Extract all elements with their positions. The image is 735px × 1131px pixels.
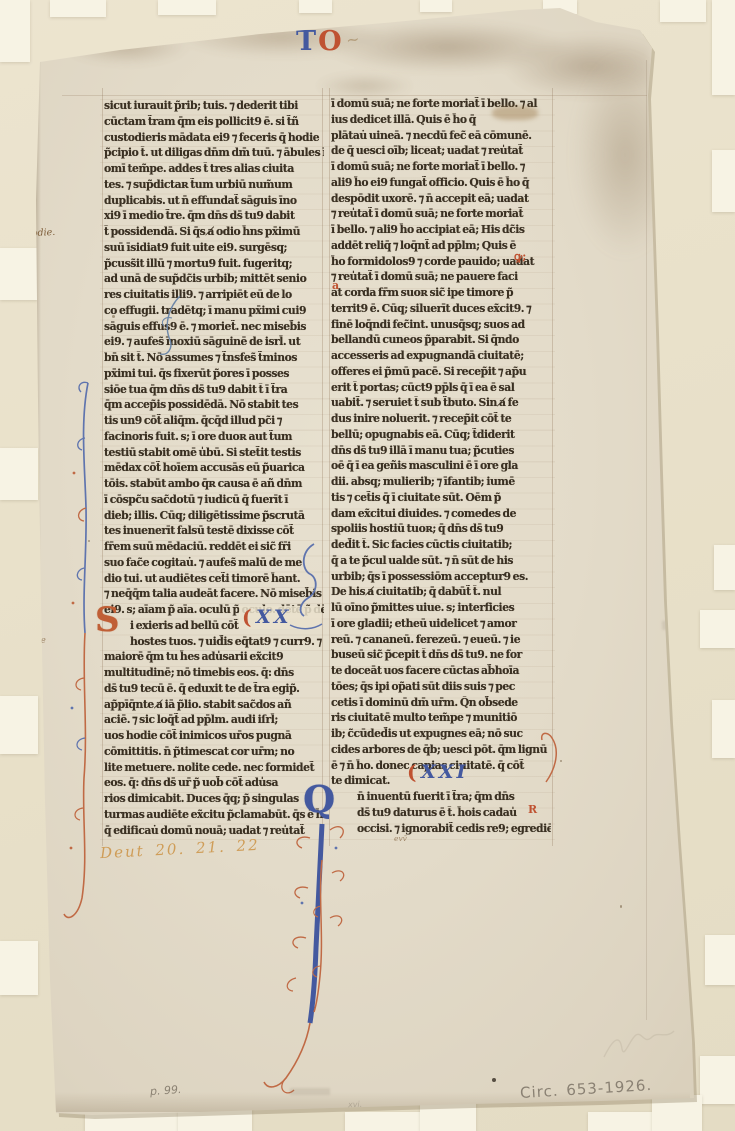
manuscript-text-line: dn̄s ds̄ tu9 illā ī manu tua; p̃cuties (331, 444, 551, 460)
manuscript-text-line: sāguis effus9 ē. ⁊ moriet̃. nec miseb̃is (104, 320, 324, 336)
running-title: TO (296, 26, 344, 57)
manuscript-text-line: q̄ a te p̃cul ualde sūt. ⁊ n̄ sūt de his (331, 554, 551, 570)
manuscript-text-line: custodieris mādata ei9 ⁊ feceris q̄ hodi… (104, 131, 324, 147)
chapter-number-xx: XX (256, 606, 291, 628)
margin-note-1: cū vodie. (12, 227, 56, 240)
manuscript-text-line: px̄imi tui. q̄s fixerūt p̃ores ī posses (104, 367, 324, 383)
manuscript-text-line: ī domū suā; ne forte moriat̃ ī bello. ⁊ (331, 160, 551, 176)
manuscript-text-line: spoliis hostiū tuoʀ; q̄ dn̄s ds̄ tu9 (331, 522, 551, 538)
offset-ghost-text (668, 433, 714, 444)
manuscript-text-line: aciē. ⁊ sic loq̄t̃ ad pp̄lm. audi iſrl̄; (104, 713, 324, 729)
margin-mark-1: sł. (0, 354, 9, 363)
xxi-side-red-curl (540, 726, 566, 786)
manuscript-text-line: at corda fr̄m suoʀ sic̃ ipe timore p̃ (331, 286, 551, 302)
mount-strip (158, 0, 216, 15)
faint-pencil-mark (290, 1088, 330, 1095)
manuscript-text-line: suo fac̃e cogitau̇. ⁊ aufes̃ malū de me (104, 556, 324, 572)
text-column-2: ī domū suā; ne forte moriat̃ ī bello. ⁊ … (331, 97, 551, 837)
mount-strip (0, 248, 38, 300)
manuscript-text-line: bellū; opugnabis eā. Cūq; t̃diderit (331, 428, 551, 444)
manuscript-text-line: occisi. ⁊ ignorabit̃ cedis re9; egrediēt… (331, 822, 551, 838)
manuscript-text-line: erit t̄ portas; cūct9 pp̄ls q̄ ī ea ē sa… (331, 381, 551, 397)
running-title-letter-t: T (296, 26, 318, 57)
manuscript-text-line: uos hodie cōt̃ inimicos ur̄os pugnā (104, 729, 324, 745)
ruling-vertical (329, 88, 330, 846)
manuscript-text-line: plātau̇ uineā. ⁊ necdū fec̃ eā cōmunē. (331, 129, 551, 145)
manuscript-text-line: te doceāt uos facere cūctas ab̃hoīa (331, 664, 551, 680)
intercolumn-red-flourish (308, 856, 338, 1016)
manuscript-text-line: ris ciuitatē multo tem̃pe ⁊ munitiō (331, 711, 551, 727)
manuscript-text-line: uabit̃. ⁊ seruiet t̄ sub t̃buto. Sin a̸ … (331, 396, 551, 412)
page-number-pencil: p. 99. (150, 1083, 182, 1098)
margin-mark-2: rog̃. (8, 410, 24, 419)
manuscript-text-line: lite metuere. nolite cede. nec formidet̃ (104, 761, 324, 777)
ink-speck (620, 905, 622, 908)
paraph-mark-xxi: ( (407, 760, 416, 784)
manuscript-text-line: facinoris fuit. s; ī ore duoʀ aut t̃um (104, 430, 324, 446)
manuscript-text-line: sicut iurauit p̃rib; tuis. ⁊ dederit tib… (104, 99, 324, 115)
manuscript-text-line: tis un9 cōt̃ aliq̄m. q̄cq̄d illud pc̃i ⁊ (104, 414, 324, 430)
manuscript-text-line: accesseris ad expugnandā ciuitatē; (331, 349, 551, 365)
manuscript-text-line: ei9. ⁊ aufes̃ īnoxiū sāguinē de isrl̄. u… (104, 335, 324, 351)
manuscript-text-line: ī ore gladii; etheū uidelicet ⁊ amor (331, 617, 551, 633)
mount-strip (712, 150, 735, 212)
manuscript-text-line: ⁊ reu̍tat̃ ī domū suā; ne pauere faci (331, 270, 551, 286)
mount-strip (712, 0, 735, 95)
manuscript-text-line: xi9 ī medio t̃re. q̄m dn̄s ds̄ tu9 dabit (104, 209, 324, 225)
manuscript-text-line: cōmittitis. n̄ p̃timescat cor ur̄m; no (104, 745, 324, 761)
manuscript-text-line: tōis. stabūt ambo q̄ʀ causa ē añ dn̄m (104, 477, 324, 493)
mount-strip (420, 0, 452, 12)
red-verse-mark: ꝙ; (514, 249, 526, 264)
manuscript-text-line: omī tem̃pe. addes t̄ tres alias ciuita (104, 162, 324, 178)
manuscript-text-line: ded̃it t̄. Sic facies cūctis ciuitatib; (331, 538, 551, 554)
manuscript-text-line: p̃cuss̃it illū ⁊ mortu9 fuit. fugeritq; (104, 257, 324, 273)
manuscript-text-line: ds̄ tu9 daturus ē t̄. h̄ois cadau̍ (331, 806, 551, 822)
manuscript-text-line: bellandū cuneos p̃parabit. Si q̄ndo (331, 333, 551, 349)
museum-photograph: TO ~ sicut iurauit p̃rib; tuis. ⁊ dederi… (0, 0, 735, 1131)
catchword-mark: evv̄ (394, 834, 407, 843)
manuscript-text-line: dus inire noluerit. ⁊ recep̃it cōt̃ te (331, 412, 551, 428)
manuscript-text-line: suū īsidiat9 fuit uite ei9. surgēsq; (104, 241, 324, 257)
mount-strip (50, 0, 106, 17)
manuscript-text-line: oē q̄ ī ea geñis masculini ē ī ore gla (331, 459, 551, 475)
parchment-leaf: TO ~ sicut iurauit p̃rib; tuis. ⁊ dederi… (0, 0, 735, 1131)
mount-strip (714, 545, 735, 590)
margin-note-2: hodie (22, 636, 46, 647)
mount-strip (705, 935, 735, 985)
red-littera-r: R (528, 803, 537, 816)
manuscript-text-line: ap̃pīq̄nte a̸ iā p̃lio. stabit sac̃dos a… (104, 698, 324, 714)
mount-strip (0, 448, 38, 500)
manuscript-text-line: tes inuenerīt falsū testē dixisse cōt̃ (104, 524, 324, 540)
manuscript-text-line: dam ex̃citui diuides. ⁊ comedes de (331, 507, 551, 523)
intercolumn-blue-curl (292, 538, 322, 620)
chapter-number-xxi: XXI (421, 761, 468, 783)
margin-sprig (150, 292, 190, 362)
manuscript-text-line: ib; c̃cūded̃is ut expugnes eā; nō suc (331, 727, 551, 743)
ghost-signature (600, 1025, 690, 1065)
manuscript-text-line: tōes; q̄s ipi op̃ati sūt diis suis ⁊ pec (331, 680, 551, 696)
manuscript-text-line: res ciuitatis illi9. ⁊ arripiēt eū de lo (104, 288, 324, 304)
manuscript-text-line: tes. ⁊ sup̃dictaʀ t̃um urbiū num̃um (104, 178, 324, 194)
text-column-1: sicut iurauit p̃rib; tuis. ⁊ dederit tib… (104, 99, 324, 839)
manuscript-text-line: p̃cipio t̄. ut diligas dn̄m dm̄ tuū. ⁊ ā… (104, 146, 324, 162)
manuscript-text-line: fr̄em suū mēdaciū. reddēt ei sic̃ fr̄i (104, 540, 324, 556)
manuscript-text-line: ali9 h̄o ei9 fungat̃ officio. Quis ē h̄o… (331, 176, 551, 192)
manuscript-text-line: cetis ī dominū dm̄ ur̄m. Q̄n ob̃sede (331, 696, 551, 712)
manuscript-text-line: ī cōspc̃u sac̃dotū ⁊ iudicū q̄ fuerīt ī (104, 493, 324, 509)
manuscript-text-line: cides arbores de q̄b; uesci pōt. q̄m lig… (331, 743, 551, 759)
manuscript-text-line: t̄ possidendā. Si q̄s a̸ odio h̄ns px̄im… (104, 225, 324, 241)
manuscript-text-line: tis ⁊ cet̃is q̄ ī ciuitate sūt. Oēm p̃ (331, 491, 551, 507)
ruling-top-line (62, 95, 647, 96)
manuscript-text-line: urbib; q̄s ī possessiōm acceptur9 es. (331, 570, 551, 586)
manuscript-text-line: offeres ei p̃mū pacē. Si recep̃it ⁊ ap̃u (331, 365, 551, 381)
manuscript-text-line: ds̄ tu9 tecū ē. q̄ eduxit te de t̃ra egi… (104, 682, 324, 698)
manuscript-text-line: maiorē q̄m tu h̄es adu̍sarii ex̃cit9 (104, 650, 324, 666)
manuscript-text-line: dii. absq; mulierib; ⁊ īfantib; iumē (331, 475, 551, 491)
mount-strip (0, 696, 38, 754)
manuscript-text-line: ad unā de sup̃dc̃is urbib; mittēt senio (104, 272, 324, 288)
leaf-fold-line (646, 60, 647, 1020)
manuscript-text-line: bn̄ sit t̄. Nō assumes ⁊ t̃nsfes̃ t̃mino… (104, 351, 324, 367)
manuscript-text-line: q̄m accep̃is possidēdā. Nō stabit tes (104, 398, 324, 414)
mount-strip (700, 1056, 735, 1104)
manuscript-text-line: despōdit uxorē. ⁊ n̄ accepit eā; uadat (331, 192, 551, 208)
running-title-letter-o: O (318, 26, 344, 57)
red-verse-mark: a (332, 279, 339, 292)
manuscript-text-line: dio tui. ut audiētes cet̃i timorē h̄ant. (104, 572, 324, 588)
mount-strip (588, 1112, 654, 1131)
mount-strip (660, 0, 706, 22)
paraph-mark-xx: ( (242, 605, 251, 629)
manuscript-text-line: n̄ inuentū fuerit ī t̃ra; q̄m dn̄s (331, 790, 551, 806)
manuscript-text-line: ī bello. ⁊ ali9 h̄o accipiat eā; His dc̃… (331, 223, 551, 239)
mount-strip (0, 0, 30, 62)
faded-swash: ~ (345, 29, 361, 50)
manuscript-text-line: testiū stabit omē u̍bū. Si stet̃it testi… (104, 446, 324, 462)
mount-strip (299, 0, 332, 13)
manuscript-text-line: territ9 ē. Cūq; siluerīt duces ex̃cit9. … (331, 302, 551, 318)
left-margin-flourish (58, 378, 110, 1018)
manuscript-text-line: co effugii. tradētq; ī manu px̄imi cui9 (104, 304, 324, 320)
manuscript-text-line: dieb; illis. Cūq; diligētissime p̃scrutā (104, 509, 324, 525)
manuscript-text-line: lū oīno p̃mittes uiue. s; interficies (331, 601, 551, 617)
manuscript-text-line: ⁊ reu̍tat̃ ī domū suā; ne forte moriat̃ (331, 207, 551, 223)
brown-smudge (492, 106, 538, 120)
manuscript-text-line: siōe tua q̄m dn̄s ds̄ tu9 dabit t̄ ī t̃r… (104, 383, 324, 399)
manuscript-text-line: finē loq̄ndi fec̃int. unusq̄sq; suos ad (331, 318, 551, 334)
manuscript-text-line: multitudinē; nō timebis eos. q̄: dn̄s (104, 666, 324, 682)
mount-strip (0, 941, 38, 995)
manuscript-text-line: reū. ⁊ cananeū. ferezeū. ⁊ eueū. ⁊ ie (331, 633, 551, 649)
xx-underline-swash (288, 622, 324, 634)
manuscript-text-line: ⁊ neq̄q̄m talia audeāt facere. Nō miseb̃… (104, 587, 324, 603)
manuscript-text-line: de q̄ uesci oīb; liceat; uadat ⁊ reu̍tat… (331, 144, 551, 160)
manuscript-text-line: mēdax cōt̃ hoīem accusās eū p̃uarica (104, 461, 324, 477)
manuscript-text-line: hostes tuos. ⁊ uid̃is eq̄tat9 ⁊ curr9. ⁊ (104, 635, 324, 651)
manuscript-text-line: De his a̸ ciuitatib; q̄ dabūt̃ t̄. nul (331, 585, 551, 601)
mount-strip (700, 610, 735, 648)
manuscript-text-line: cūctam t̃ram q̄m eis pollicit9 ē. si t̃ñ (104, 115, 324, 131)
ink-dot (492, 1078, 496, 1082)
manuscript-text-line: buseū sic̃ p̃cepit t̄ dn̄s ds̄ tu9. ne f… (331, 648, 551, 664)
manuscript-text-line: duplicabis. ut n̄ effundat̃ sāguis īno (104, 194, 324, 210)
mount-strip (712, 700, 735, 758)
